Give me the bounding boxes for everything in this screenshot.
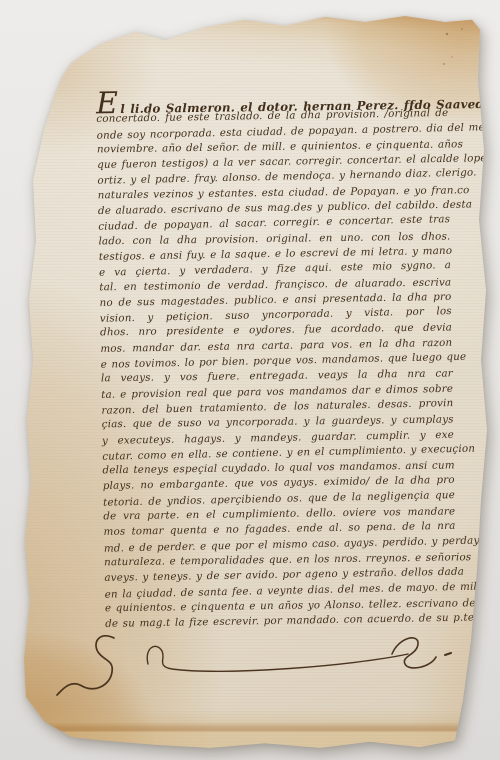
notary-rubric-flourish	[52, 628, 462, 703]
rubric-stroke-right-dot	[445, 653, 451, 655]
rubric-stroke-left-loop	[57, 636, 114, 695]
manuscript-page: 5 El li.do Salmeron. el dotor. hernan Pe…	[0, 0, 500, 760]
manuscript-text-block: El li.do Salmeron. el dotor. hernan Pere…	[96, 91, 457, 632]
manuscript-line: El li.do Salmeron. el dotor. hernan Pere…	[96, 91, 448, 111]
rubric-stroke-long-swash	[147, 646, 408, 671]
folio-number: 5	[31, 29, 39, 42]
photo-background: 5 El li.do Salmeron. el dotor. hernan Pe…	[0, 0, 500, 760]
manuscript-page-shadow: 5 El li.do Salmeron. el dotor. hernan Pe…	[0, 0, 500, 760]
rubric-stroke-right-rubric	[392, 638, 436, 668]
